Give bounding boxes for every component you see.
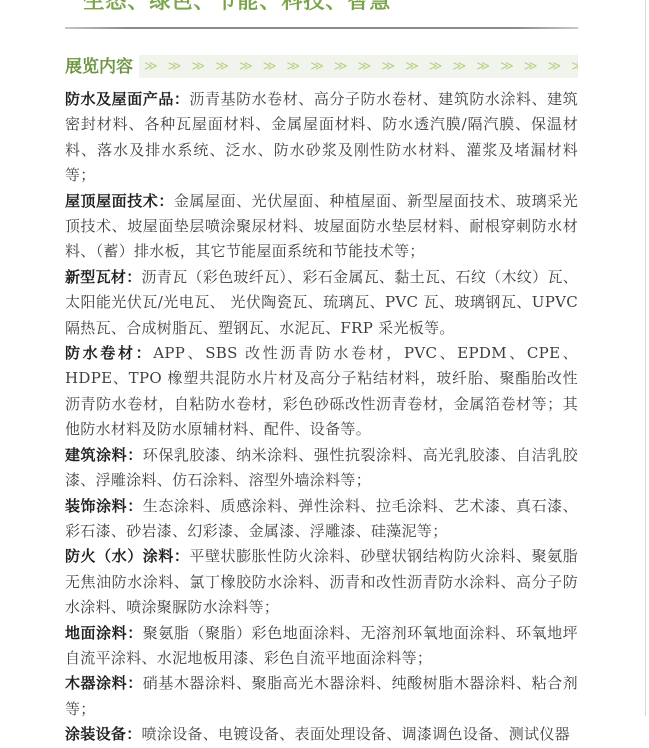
paragraph: 新型瓦材：沥青瓦（彩色玻纤瓦）、彩石金属瓦、黏土瓦、石纹（木纹）瓦、太阳能光伏瓦… [65, 265, 578, 341]
page-slogan: “ 生态、绿色、节能、科技、智慧” [65, 0, 578, 16]
document-page: “ 生态、绿色、节能、科技、智慧” 展览内容 ≫ ≫ ≫ ≫ ≫ ≫ ≫ ≫ ≫… [65, 0, 578, 716]
category-label: 屋顶屋面技术： [65, 192, 174, 210]
category-label: 防水卷材： [65, 344, 153, 362]
category-label: 木器涂料： [65, 674, 143, 692]
paragraph: 木器涂料：硝基木器涂料、聚脂高光木器涂料、纯酸树脂木器涂料、粘合剂等； [65, 671, 578, 716]
section-title: 展览内容 [65, 55, 133, 78]
slogan-clip: “ 生态、绿色、节能、科技、智慧” [65, 0, 578, 16]
double-chevron-right-icon-row: ≫ ≫ ≫ ≫ ≫ ≫ ≫ ≫ ≫ ≫ ≫ ≫ ≫ ≫ ≫ ≫ ≫ ≫ ≫ ≫ … [139, 55, 578, 78]
paragraph: 防水卷材：APP、SBS 改性沥青防水卷材，PVC、EPDM、CPE、HDPE、… [65, 341, 578, 443]
category-label: 建筑涂料： [65, 446, 143, 464]
category-label: 地面涂料： [65, 624, 143, 642]
category-text: 沥青瓦（彩色玻纤瓦）、彩石金属瓦、黏土瓦、石纹（木纹）瓦、太阳能光伏瓦/光电瓦、… [65, 268, 578, 337]
category-label: 新型瓦材： [65, 268, 142, 286]
category-label: 防水及屋面产品： [65, 90, 189, 108]
category-text: 生态涂料、质感涂料、弹性涂料、拉毛涂料、艺术漆、真石漆、彩石漆、砂岩漆、幻彩漆、… [65, 497, 578, 540]
paragraph: 地面涂料：聚氨脂（聚脂）彩色地面涂料、无溶剂环氧地面涂料、环氧地坪自流平涂料、水… [65, 621, 578, 672]
paragraph: 防水及屋面产品：沥青基防水卷材、高分子防水卷材、建筑防水涂料、建筑密封材料、各种… [65, 87, 578, 189]
category-label: 装饰涂料： [65, 497, 143, 515]
paragraph: 装饰涂料：生态涂料、质感涂料、弹性涂料、拉毛涂料、艺术漆、真石漆、彩石漆、砂岩漆… [65, 494, 578, 545]
page-right-border [645, 0, 646, 716]
paragraph-list: 防水及屋面产品：沥青基防水卷材、高分子防水卷材、建筑防水涂料、建筑密封材料、各种… [65, 87, 578, 716]
horizontal-divider [65, 27, 578, 29]
paragraph: 防火（水）涂料：平壁状膨胀性防火涂料、砂壁状钢结构防火涂料、聚氨脂无焦油防水涂料… [65, 544, 578, 620]
category-text: 聚氨脂（聚脂）彩色地面涂料、无溶剂环氧地面涂料、环氧地坪自流平涂料、水泥地板用漆… [65, 624, 578, 667]
section-header: 展览内容 ≫ ≫ ≫ ≫ ≫ ≫ ≫ ≫ ≫ ≫ ≫ ≫ ≫ ≫ ≫ ≫ ≫ ≫… [65, 55, 578, 78]
paragraph: 建筑涂料：环保乳胶漆、纳米涂料、强性抗裂涂料、高光乳胶漆、自洁乳胶漆、浮雕涂料、… [65, 443, 578, 494]
category-text: 环保乳胶漆、纳米涂料、强性抗裂涂料、高光乳胶漆、自洁乳胶漆、浮雕涂料、仿石涂料、… [65, 446, 578, 489]
paragraph: 屋顶屋面技术：金属屋面、光伏屋面、种植屋面、新型屋面技术、玻璃采光顶技术、坡屋面… [65, 189, 578, 265]
category-label: 防火（水）涂料： [65, 547, 189, 565]
category-text: 硝基木器涂料、聚脂高光木器涂料、纯酸树脂木器涂料、粘合剂等； [65, 674, 578, 716]
